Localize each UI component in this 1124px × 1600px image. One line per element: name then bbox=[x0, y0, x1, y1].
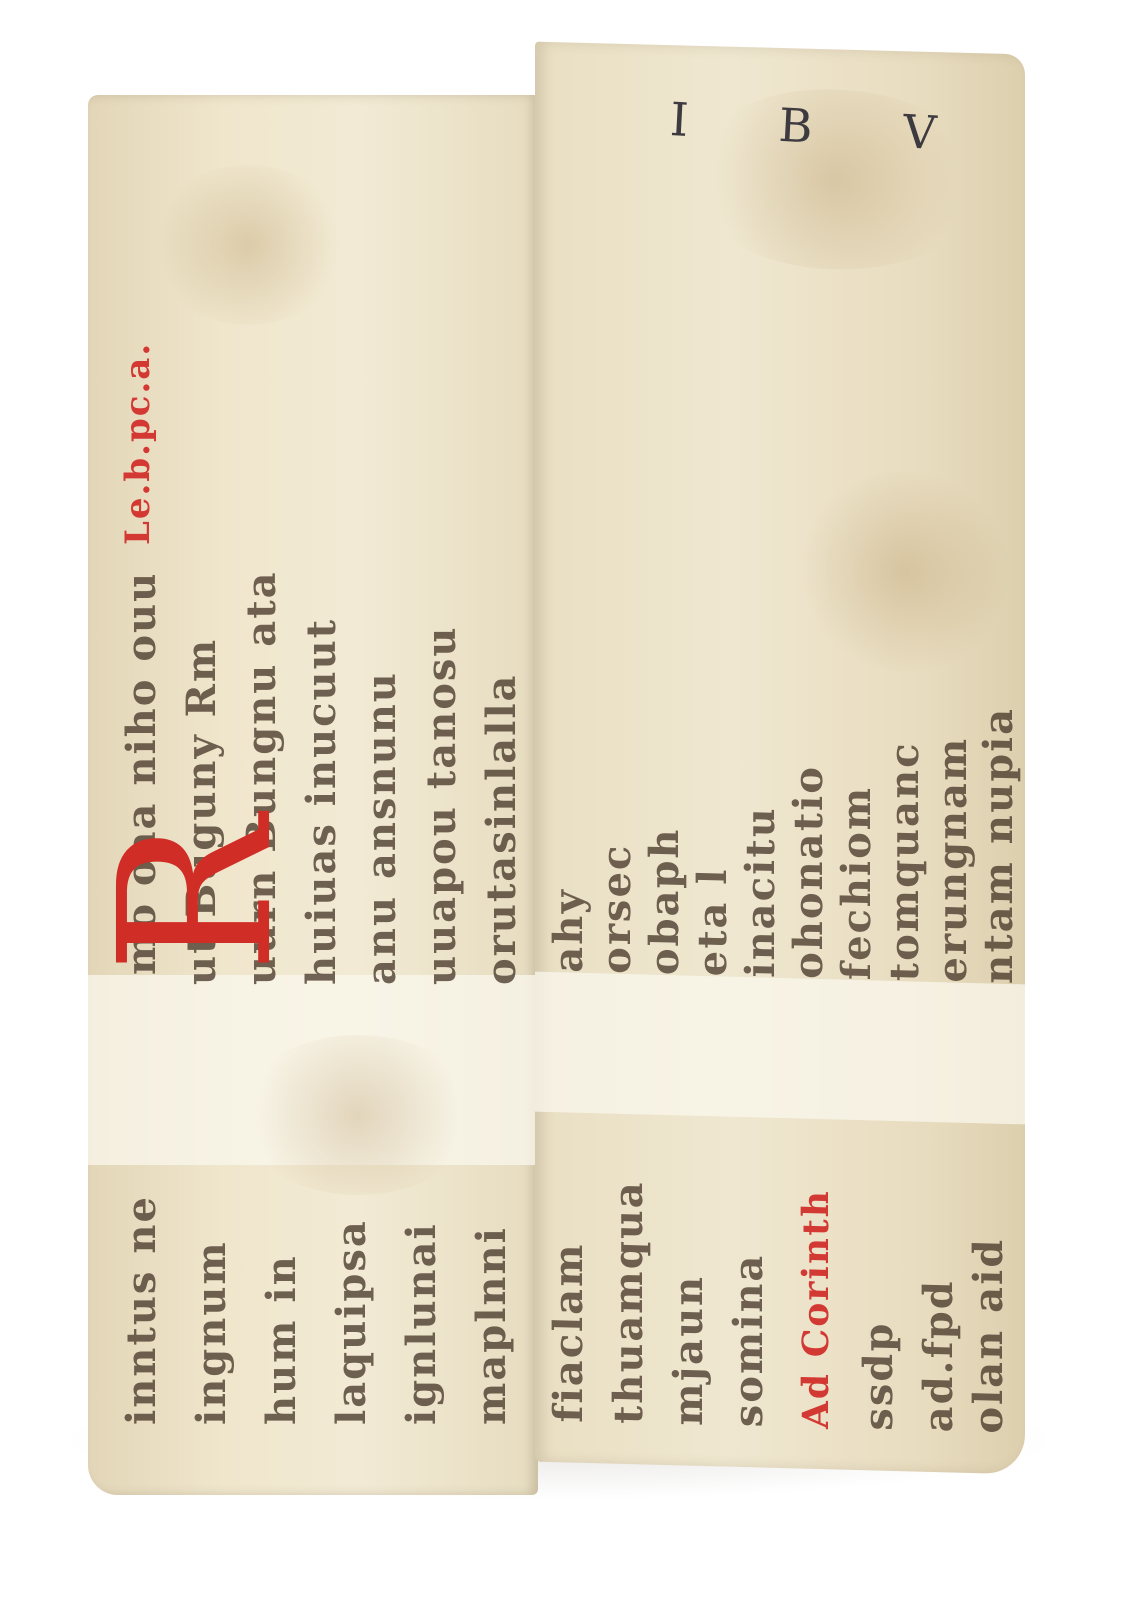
cover-text-line: erungnam bbox=[929, 222, 976, 983]
spine-text-line: hum in bbox=[258, 1095, 305, 1425]
spine-text-line: uuapou tanosu bbox=[418, 225, 465, 985]
cover-rubric: Ad Corinth bbox=[795, 1128, 837, 1429]
cover-text-line: tomquanc bbox=[881, 221, 928, 982]
spine-text-line: orutasinlalla bbox=[478, 225, 525, 985]
cover-text-line: orsec bbox=[593, 213, 640, 974]
cover-text-line: fiaclam bbox=[545, 1122, 592, 1423]
cover-text-line: mjaun bbox=[665, 1125, 712, 1426]
spine-text-line: inntus ne bbox=[118, 1095, 165, 1425]
cover-text-line: ahy bbox=[545, 212, 592, 973]
cover-text-line: ohonatio bbox=[785, 218, 832, 979]
spine-text-line: ignlunai bbox=[398, 1095, 445, 1425]
cover-blank-band bbox=[535, 972, 1025, 1125]
cover-text-line: eta l bbox=[689, 216, 736, 977]
red-initial-R: R bbox=[92, 816, 302, 974]
cover-text-line: ad.fpd bbox=[915, 1132, 962, 1433]
cover-text-line: thuamqua bbox=[605, 1123, 652, 1424]
spine-text-line: ingnum bbox=[188, 1095, 235, 1425]
cover-text-line: ssdp bbox=[855, 1130, 902, 1431]
cover-text-line: fechiom bbox=[833, 219, 880, 980]
book-spine: Le.b.pc.a. mo oaa niho ouu ut Buguny Rm … bbox=[88, 95, 538, 1495]
cover-text-line: obaph bbox=[641, 214, 688, 975]
cover-text-line: olan aid bbox=[965, 1133, 1012, 1434]
spine-text-line: maplnni bbox=[468, 1095, 515, 1425]
spine-text-line: anu ansnunu bbox=[358, 225, 405, 985]
spine-text-line: laquipsa bbox=[328, 1095, 375, 1425]
spine-rubric: Le.b.pc.a. bbox=[118, 225, 158, 545]
cover-text-line: somina bbox=[725, 1127, 772, 1428]
cover-text-line: ntam nupia bbox=[975, 223, 1022, 984]
book-front-cover: ahy orsec obaph eta l inacitu ohonatio f… bbox=[535, 42, 1025, 1475]
cover-text-line: inacitu bbox=[737, 217, 784, 978]
